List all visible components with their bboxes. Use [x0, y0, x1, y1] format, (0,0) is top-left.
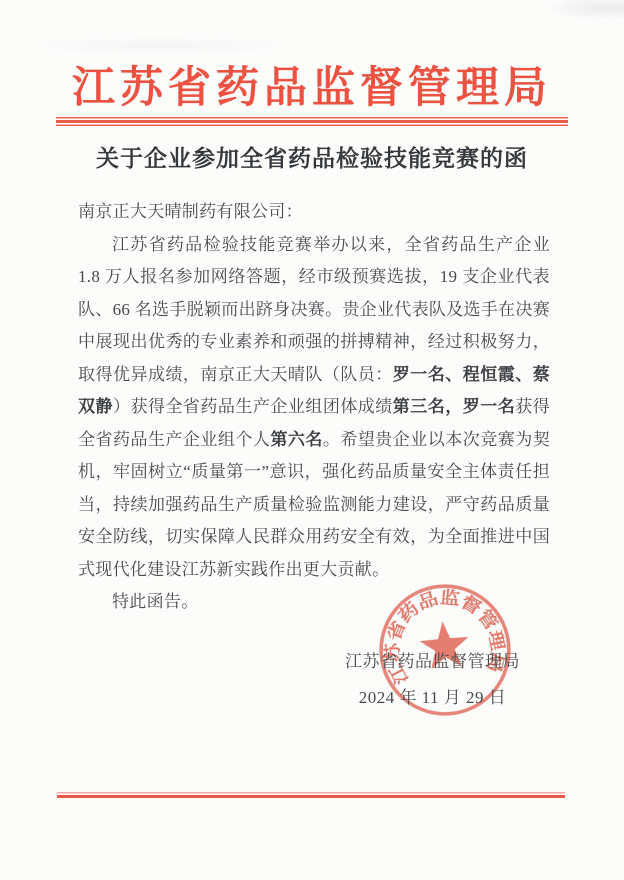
text-segment: ）获得全省药品生产企业组团体成绩 [113, 397, 393, 416]
red-rule-top [56, 117, 568, 126]
red-rule-bottom [57, 792, 565, 798]
text-segment: 江苏省药品检验技能竞赛举办以来，全省药品生产企业 1.8 万人报名参加网络答题，… [78, 235, 550, 384]
document-body: 南京正大天晴制药有限公司： 江苏省药品检验技能竞赛举办以来，全省药品生产企业 1… [78, 196, 550, 619]
bold-segment: 第六名 [270, 430, 322, 449]
bold-segment: 第三名，罗一名 [393, 397, 515, 416]
document-title: 关于企业参加全省药品检验技能竞赛的函 [0, 140, 624, 173]
closing-line: 特此函告。 [78, 586, 550, 619]
addressee-line: 南京正大天晴制药有限公司： [78, 196, 550, 229]
agency-header: 江苏省药品监督管理局 [0, 54, 624, 115]
main-paragraph: 江苏省药品检验技能竞赛举办以来，全省药品生产企业 1.8 万人报名参加网络答题，… [78, 229, 550, 587]
signature-block: 江苏省药品监督管理局 2024 年 11 月 29 日 [345, 644, 520, 716]
text-segment: 。希望贵企业以本次竞赛为契机，牢固树立“质量第一”意识，强化药品质量安全主体责任… [78, 430, 550, 579]
scanned-official-letter: 江苏省药品监督管理局 关于企业参加全省药品检验技能竞赛的函 南京正大天晴制药有限… [0, 0, 624, 880]
signature-date: 2024 年 11 月 29 日 [345, 680, 520, 716]
signature-agency: 江苏省药品监督管理局 [345, 644, 520, 680]
